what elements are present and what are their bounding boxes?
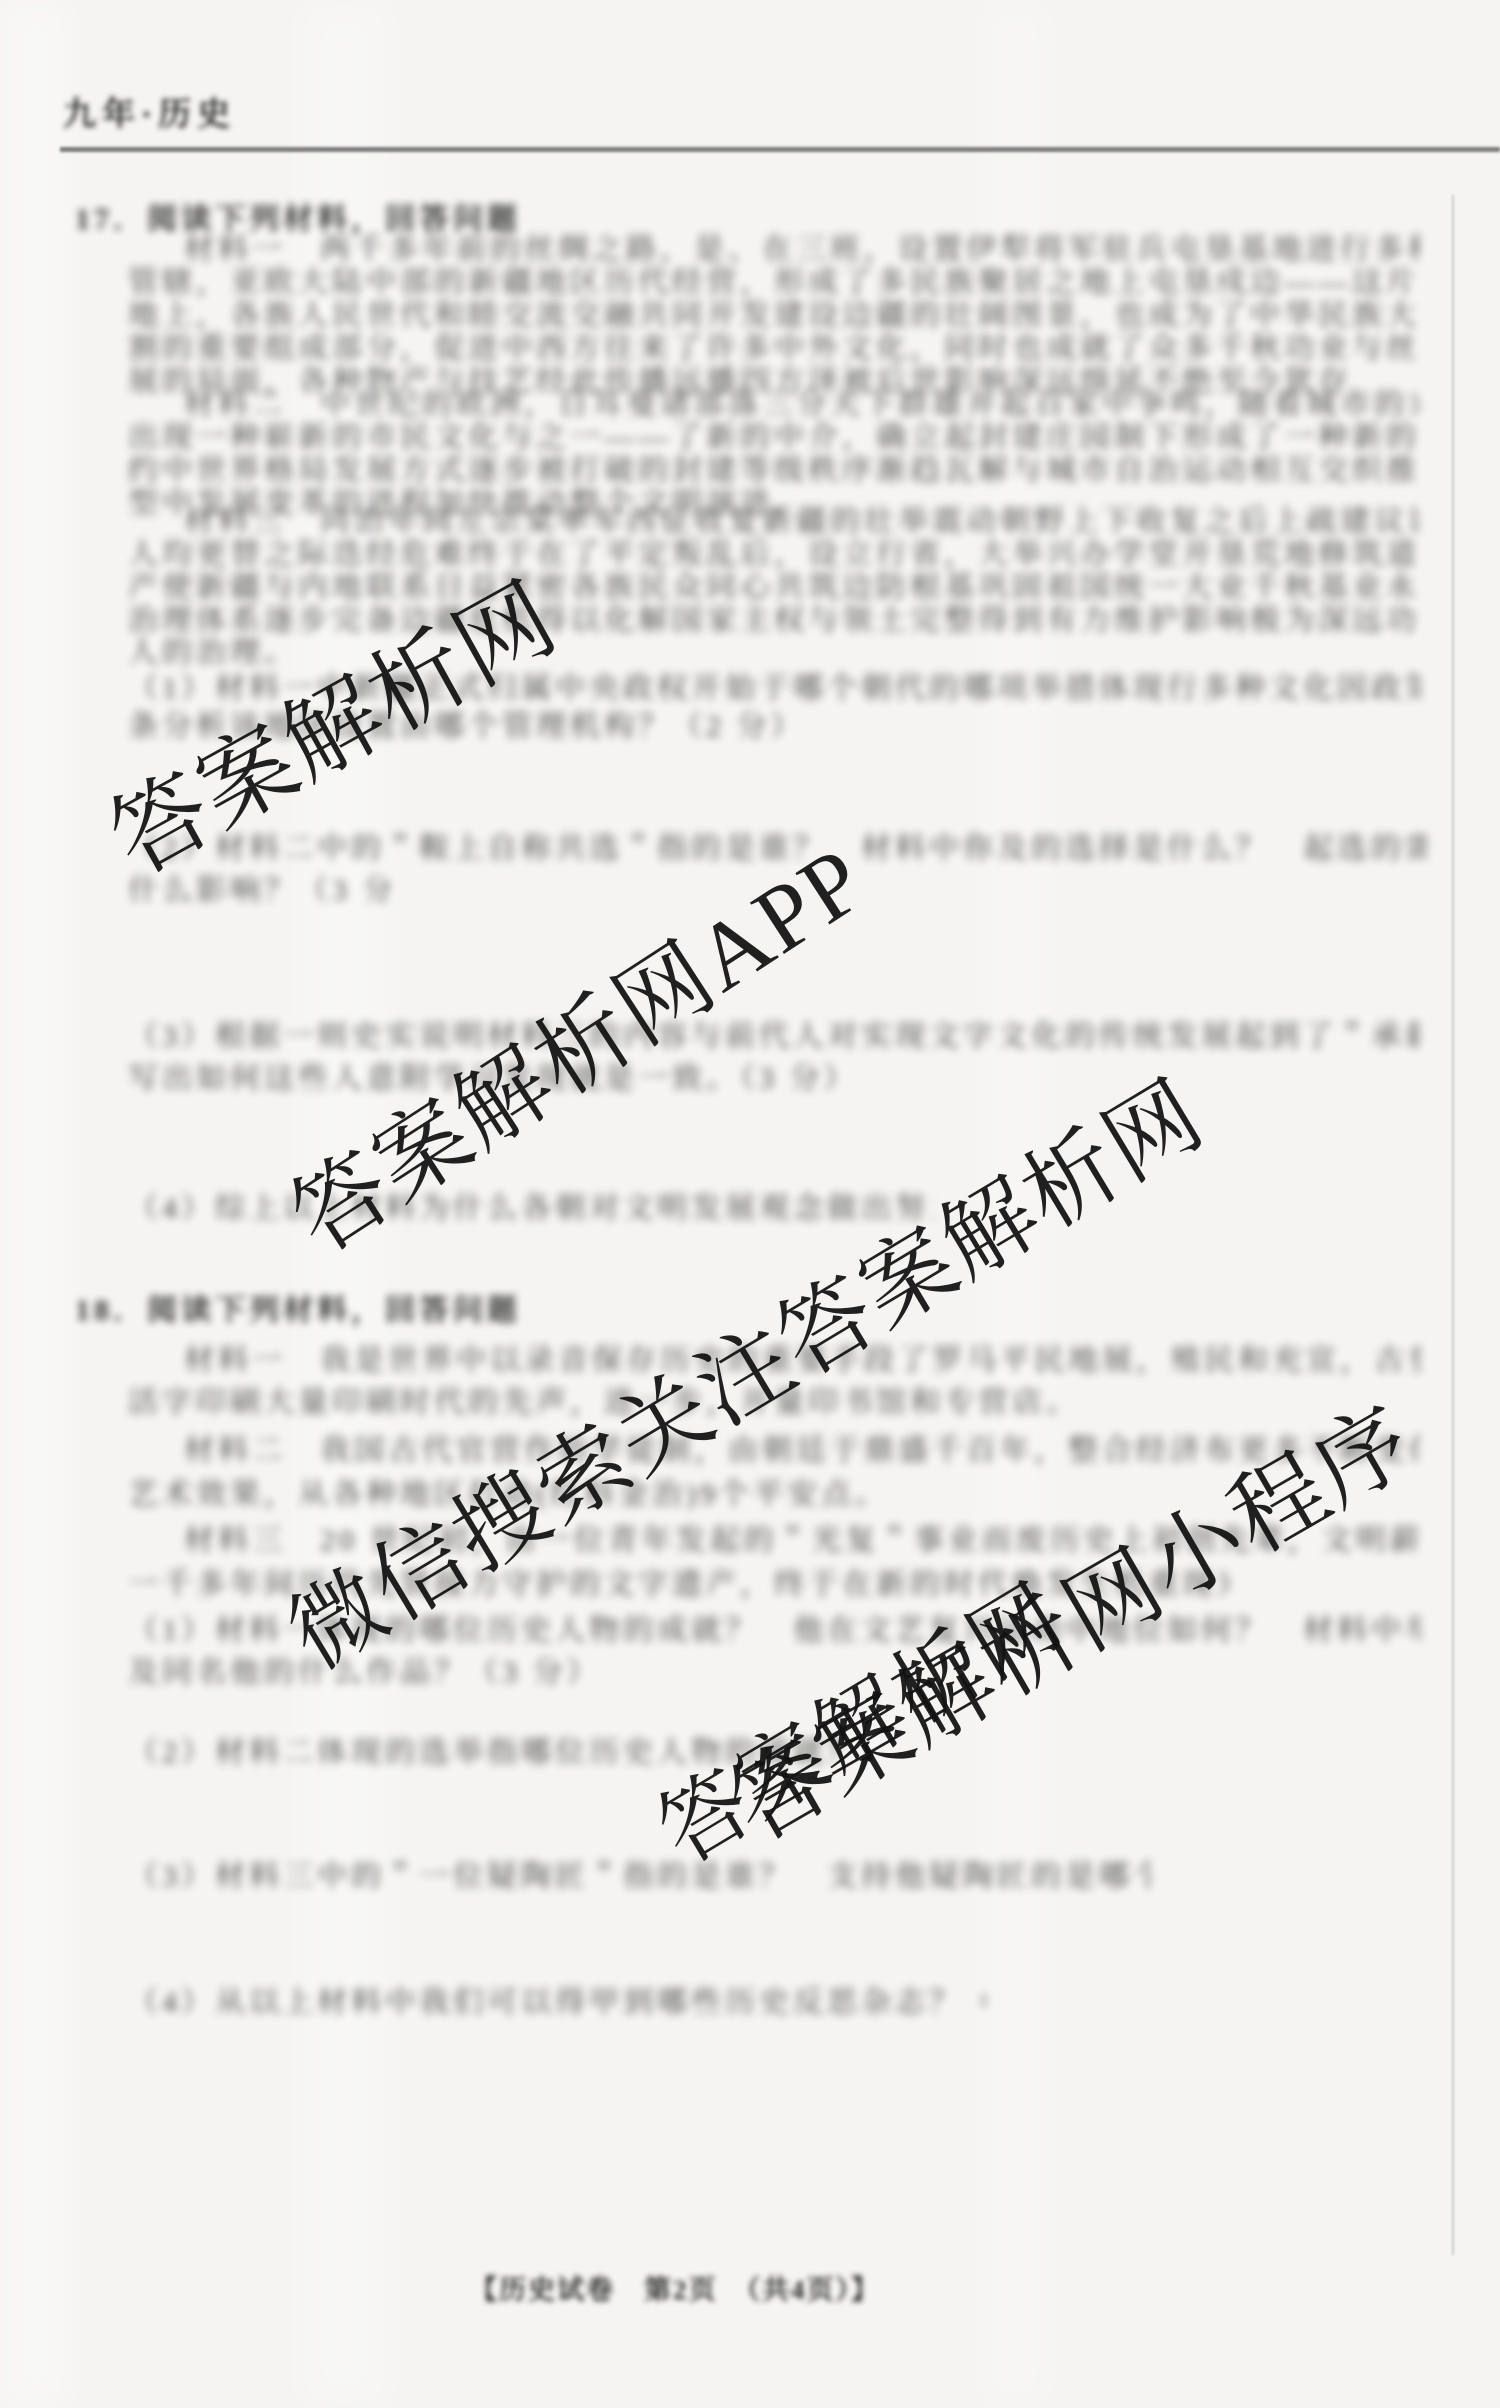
blurred-text-line: （3）材料三中的＂一位疑陶匠＂指的是谁？ 支持他疑陶匠的是哪个国家？（3 分）	[128, 1860, 1150, 1896]
blurred-text-line: （4）综上以上材料为什么各朝对文明发展观念做出努力？（3 分）	[128, 1192, 935, 1228]
blurred-text-line: 18．阅读下列材料，回答问题。	[75, 1294, 515, 1330]
blurred-text-line: 人均更替之际迭经危难终于在了平定叛乱后，设立行省，大举兴办学堂开垦荒地修筑道路发…	[128, 538, 1420, 574]
page-header-label: 九年·历史	[63, 88, 236, 135]
blurred-text-line: 出现一种崭新的市民文化与之一——了新的中介，确立起封建庄园制下形成了一种新的平等…	[128, 421, 1420, 457]
header-divider	[60, 147, 1500, 152]
page-fold-line	[1452, 195, 1454, 2255]
page-footer-label: 【历史试卷 第2页 （共4页）】	[455, 2268, 895, 2307]
blurred-text-line: 材料一 两千多年前的丝绸之路，是、在三班，设置伊犁将军驻兵屯垦基地进行多种文化因…	[184, 233, 1420, 269]
blurred-text-line: 人的治理。	[128, 636, 298, 672]
blurred-text-line: 割的重要组成部分，促进中西方往来了许多中外文化，同时也成就了众多千秋功业与丝路繁…	[128, 332, 1420, 368]
scanned-exam-page: 九年·历史 17．阅读下列材料，回答问题。材料一 两千多年前的丝绸之路，是、在三…	[0, 0, 1500, 2408]
scan-streak	[0, 0, 70, 2408]
blurred-text-line: 产使新疆与内地联系日益紧密各族民众同心共筑边防根基巩固祖国统一大业千秋基业永固绵…	[128, 571, 1420, 607]
blurred-text-line: （3）根据一则史实说明材料三的内容与前代人对实现文字文化的传统发展起到了＂承载记…	[128, 1020, 1420, 1056]
blurred-text-line: 管辖，亚欧大陆中部的新疆地区历代经营，形成了多民族聚居之地上屯垦戍边——这片辽阔…	[128, 266, 1420, 302]
blurred-text-line: 治理体系逐步完备边疆危机得以化解国家主权与领土完整得到有力维护影响极为深远功在千…	[128, 604, 1420, 640]
blurred-text-line: 材料三 同治年间左宗棠率军西征收复新疆的壮举震动朝野上下收复之后上疏建议设省，同…	[184, 505, 1420, 541]
blurred-text-line: 地上，各族人民世代和睦交流交融共同开发建设边疆的壮阔图景，也成为了中华民族大家庭…	[128, 299, 1420, 335]
blurred-text-line: （4）从以上材料中我们可以得甲到哪些历史反思杂志？（3 分）	[128, 1986, 985, 2022]
blurred-text-line: 材料二 中世纪的欧洲，日耳曼诸部落三分天下群雄并起百家中争鸣，随着城市的兴起与大…	[184, 388, 1420, 424]
blurred-text-line: 约中世界格局发展方式逐步被打破的封建等级秩序渐趋瓦解与城市自治运动相互交织推动欧…	[128, 454, 1420, 490]
